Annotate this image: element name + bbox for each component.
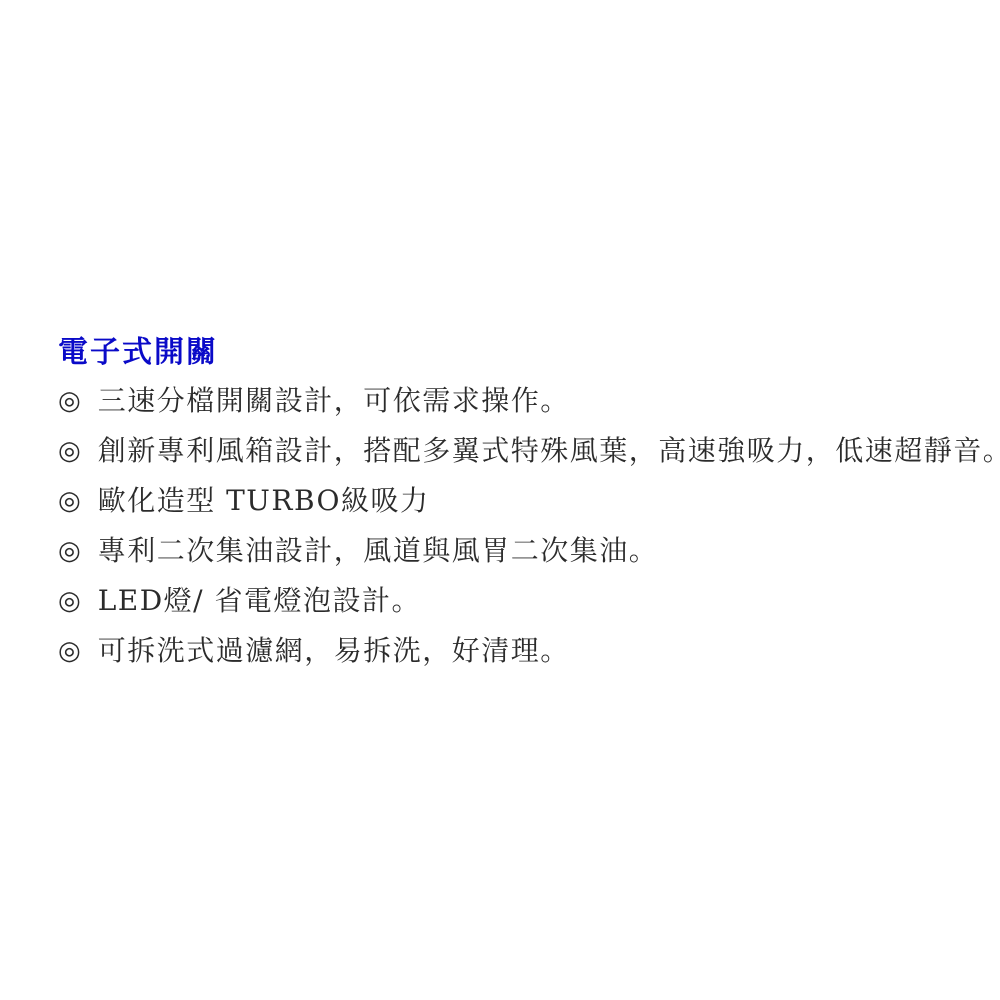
feature-list: ◎ 三速分檔開關設計，可依需求操作。 ◎ 創新專利風箱設計，搭配多翼式特殊風葉，… bbox=[58, 376, 992, 676]
bullseye-bullet-icon: ◎ bbox=[58, 526, 81, 576]
feature-text: 專利二次集油設計，風道與風胃二次集油。 bbox=[98, 526, 659, 576]
feature-text: 三速分檔開關設計，可依需求操作。 bbox=[98, 376, 570, 426]
product-description: 電子式開關 ◎ 三速分檔開關設計，可依需求操作。 ◎ 創新專利風箱設計，搭配多翼… bbox=[58, 334, 992, 676]
feature-item: ◎ 三速分檔開關設計，可依需求操作。 bbox=[58, 376, 992, 426]
feature-item: ◎ 專利二次集油設計，風道與風胃二次集油。 bbox=[58, 526, 992, 576]
feature-text: 歐化造型 TURBO級吸力 bbox=[98, 476, 430, 526]
bullseye-bullet-icon: ◎ bbox=[58, 576, 81, 626]
bullseye-bullet-icon: ◎ bbox=[58, 626, 81, 676]
bullseye-bullet-icon: ◎ bbox=[58, 426, 81, 476]
feature-item: ◎ LED燈/ 省電燈泡設計。 bbox=[58, 576, 992, 626]
bullseye-bullet-icon: ◎ bbox=[58, 476, 81, 526]
bullseye-bullet-icon: ◎ bbox=[58, 376, 81, 426]
section-title: 電子式開關 bbox=[58, 334, 992, 372]
feature-item: ◎ 歐化造型 TURBO級吸力 bbox=[58, 476, 992, 526]
feature-item: ◎ 可拆洗式過濾網，易拆洗，好清理。 bbox=[58, 626, 992, 676]
feature-text: LED燈/ 省電燈泡設計。 bbox=[98, 576, 421, 626]
feature-text: 可拆洗式過濾網，易拆洗，好清理。 bbox=[98, 626, 570, 676]
feature-text: 創新專利風箱設計，搭配多翼式特殊風葉，高速強吸力，低速超靜音。 bbox=[98, 426, 1000, 476]
feature-item: ◎ 創新專利風箱設計，搭配多翼式特殊風葉，高速強吸力，低速超靜音。 bbox=[58, 426, 992, 476]
